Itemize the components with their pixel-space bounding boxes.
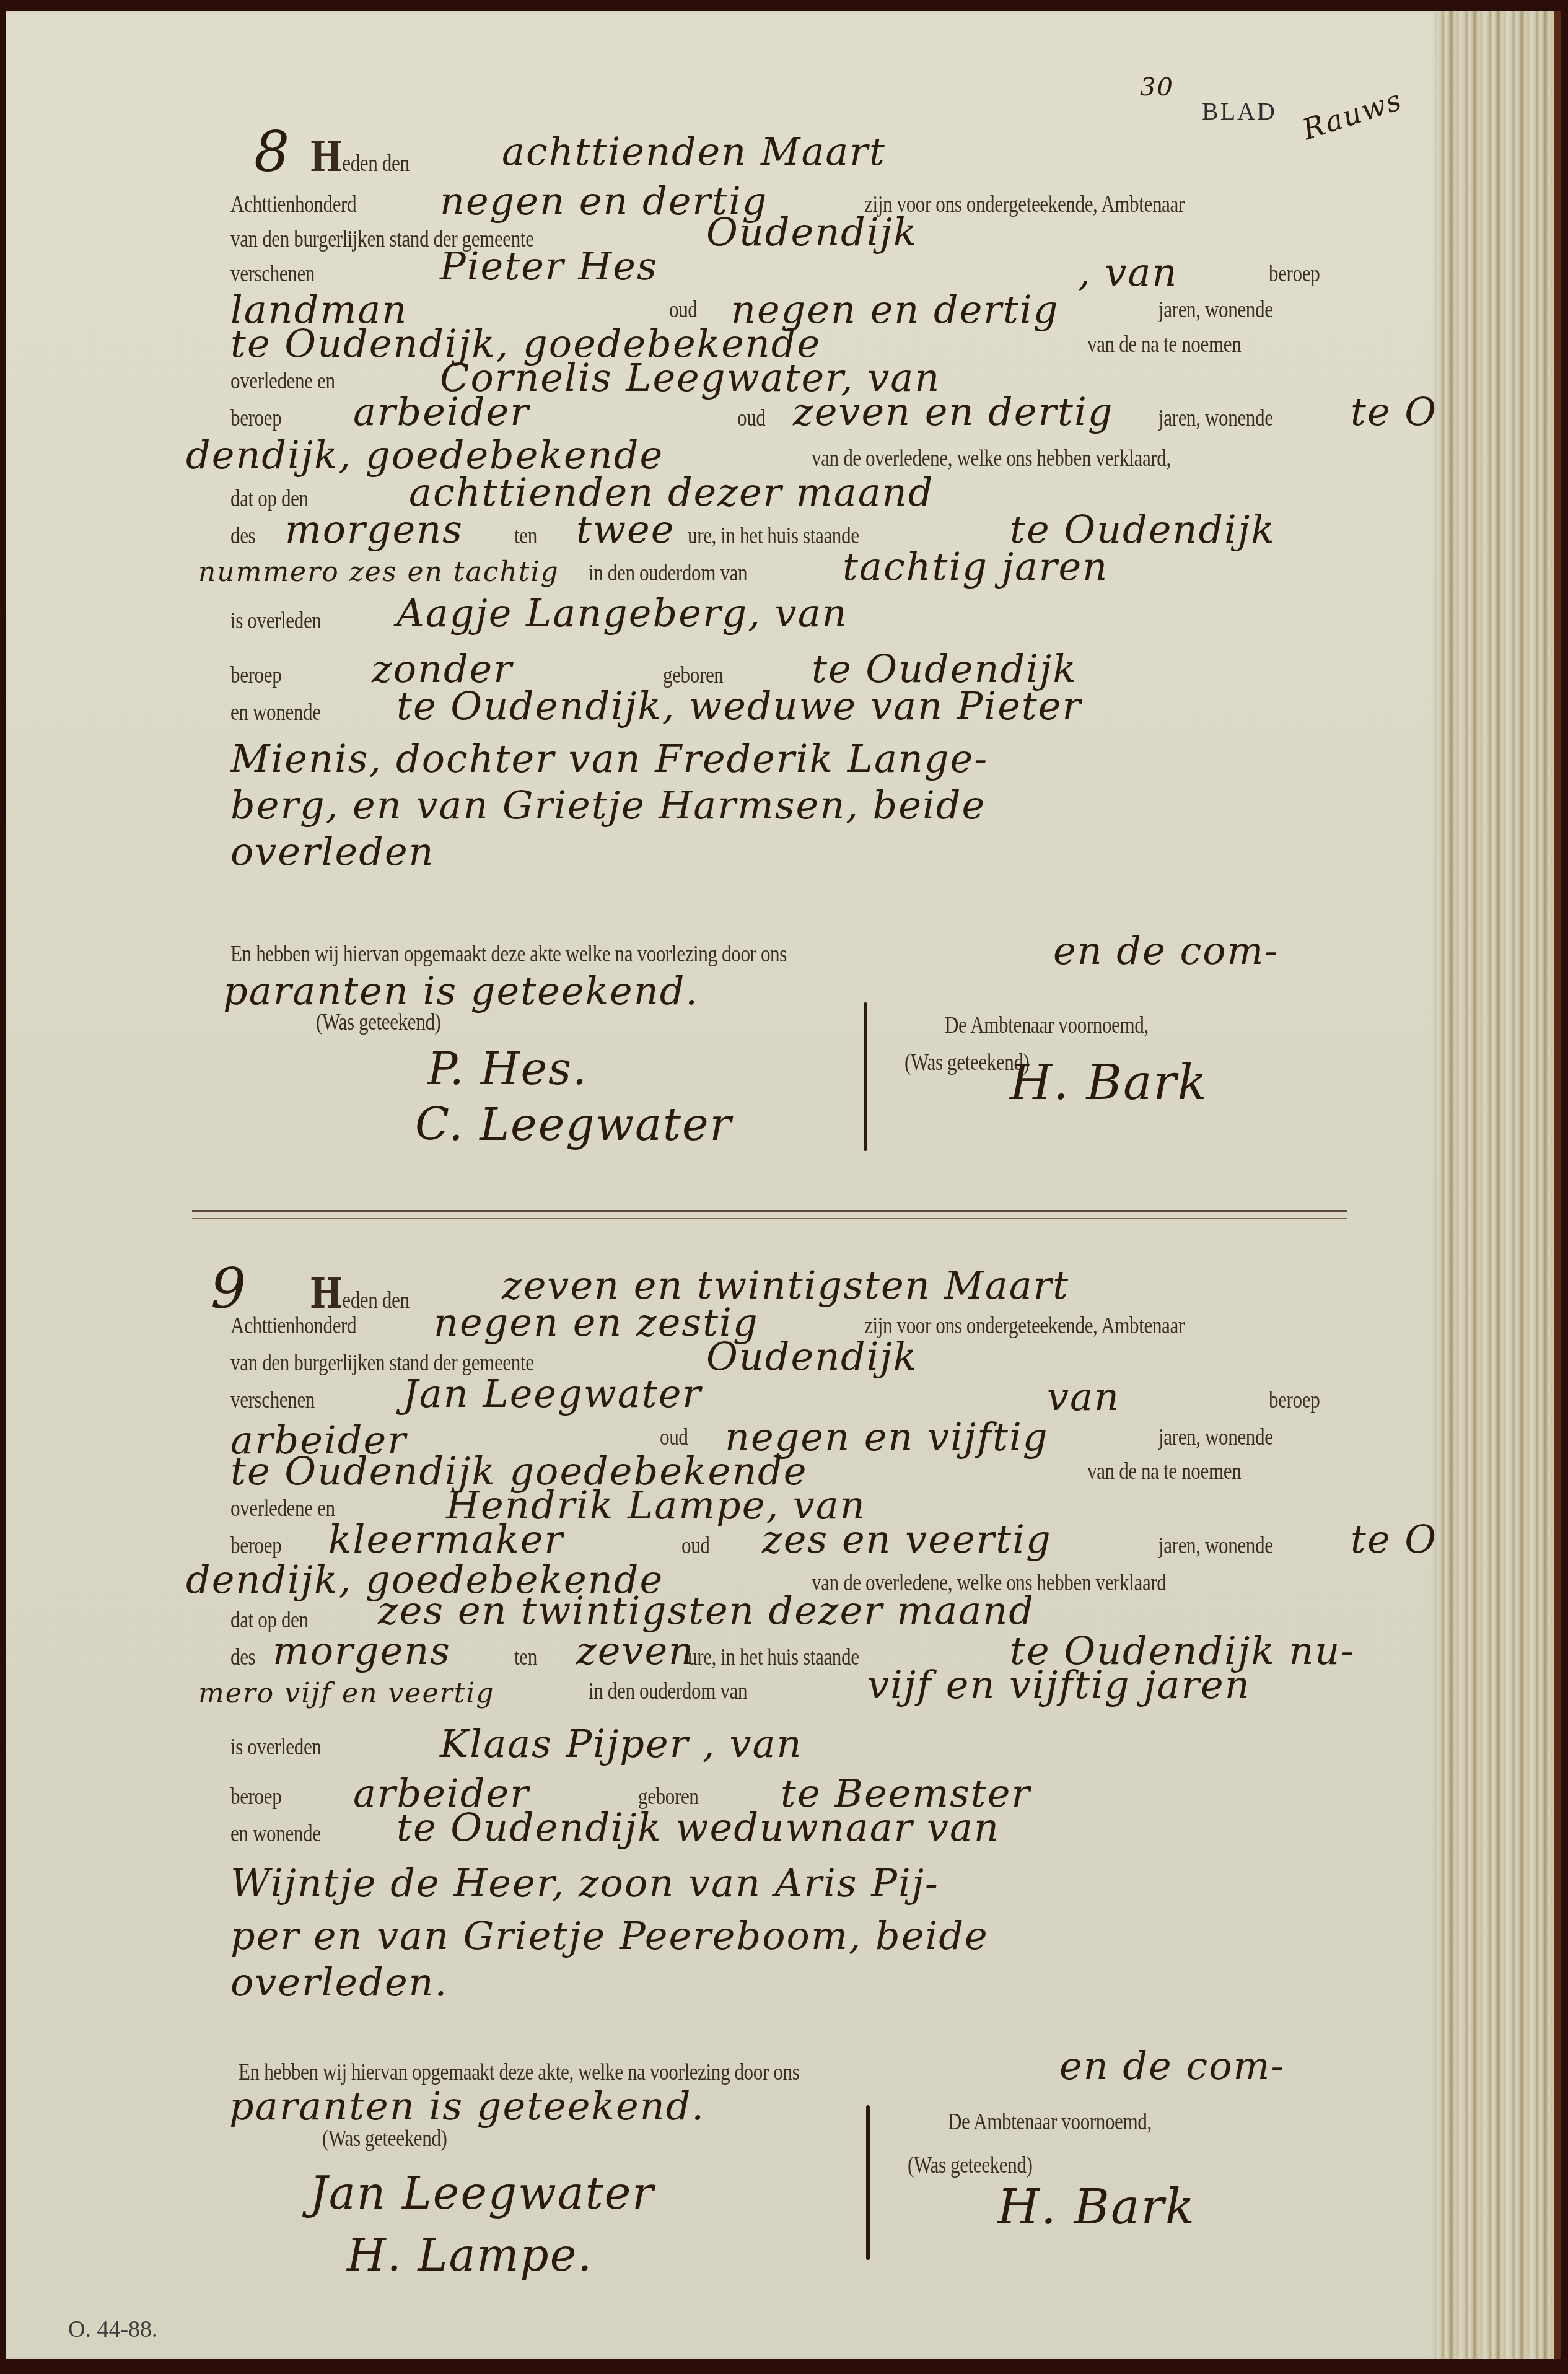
closing-hand-2: paranten is geteekend. <box>223 968 699 1014</box>
age-of-deceased: vijf en vijftig jaren <box>867 1662 1251 1707</box>
deceased-name: Klaas Pijper , van <box>440 1721 802 1766</box>
label-ure-in-het-huis: ure, in het huis staande <box>688 1644 859 1671</box>
informant-2-age: zeven en dertig <box>793 389 1114 434</box>
label-ouderdom: in den ouderdom van <box>589 559 747 587</box>
label-des: des <box>230 522 255 550</box>
closing-statement: En hebben wij hiervan opgemaakt deze akt… <box>239 2059 799 2086</box>
signature-official: H. Bark <box>997 2179 1196 2235</box>
drop-cap: H <box>310 132 342 182</box>
label-oud: oud <box>660 1424 688 1451</box>
drop-cap: H <box>310 1269 342 1318</box>
informant-1-van: , van <box>1078 250 1178 295</box>
record-date: achttienden Maart <box>502 129 886 174</box>
label-overledene-en: overledene en <box>230 367 335 395</box>
was-geteekend-right: (Was geteekend) <box>908 2152 1033 2179</box>
label-ten: ten <box>514 522 537 550</box>
signature-informant-2: H. Lampe. <box>347 2229 593 2281</box>
informant-2-age: zes en veertig <box>762 1517 1052 1562</box>
margin-signature: Rauws <box>1299 83 1406 147</box>
informant-1-name: Pieter Hes <box>440 243 658 289</box>
residence-line: berg, en van Grietje Harmsen, beide <box>230 782 986 828</box>
closing-hand-1: en de com- <box>1059 2043 1285 2088</box>
time-part: morgens <box>273 1628 451 1673</box>
label-des: des <box>230 1644 255 1671</box>
label-beroep: beroep <box>1269 1386 1320 1414</box>
informant-2-occupation: arbeider <box>353 389 530 434</box>
informant-1-name: Jan Leegwater <box>403 1371 702 1416</box>
informant-2-occupation: kleermaker <box>328 1517 564 1562</box>
label-oud: oud <box>681 1532 710 1559</box>
age-of-deceased: tachtig jaren <box>843 544 1108 589</box>
residence-line: te Oudendijk weduwnaar van <box>396 1805 1000 1850</box>
label-en-wonende: en wonende <box>230 699 321 726</box>
heden-den-label: Heden den <box>310 1269 410 1318</box>
was-geteekend-left: (Was geteekend) <box>322 2125 447 2152</box>
signature-informant-1: P. Hes. <box>427 1043 588 1095</box>
label-na-te-noemen: van de na te noemen <box>1087 331 1241 358</box>
house-number: nummero zes en tachtig <box>198 556 559 588</box>
closing-hand-1: en de com- <box>1053 928 1279 973</box>
label-beroep: beroep <box>230 1532 281 1559</box>
closing-statement: En hebben wij hiervan opgemaakt deze akt… <box>230 940 787 968</box>
label-na-te-noemen: van de na te noemen <box>1087 1458 1241 1485</box>
signature-informant-2: C. Leegwater <box>415 1098 732 1150</box>
heden-den-label: Heden den <box>310 132 410 182</box>
page-number: 30 <box>1140 73 1174 102</box>
deceased-name: Aagje Langeberg, van <box>396 590 848 636</box>
page-edges <box>1437 11 1561 2359</box>
label-jaren-wonende: jaren, wonende <box>1158 296 1273 323</box>
label-achttienhonderd: Achttienhonderd <box>230 1312 356 1339</box>
informant-1-van: van <box>1047 1374 1120 1419</box>
time-hour: zeven <box>576 1628 694 1673</box>
blad-label: BLAD <box>1202 97 1277 126</box>
signature-official: H. Bark <box>1010 1055 1208 1111</box>
municipality: Oudendijk <box>706 209 918 255</box>
residence-line: Mienis, dochter van Frederik Lange- <box>230 736 988 781</box>
was-geteekend-left: (Was geteekend) <box>316 1009 441 1036</box>
label-van-de-overledene: van de overledene, welke ons hebben verk… <box>812 445 1171 472</box>
time-part: morgens <box>285 507 463 552</box>
label-ten: ten <box>514 1644 537 1671</box>
label-achttienhonderd: Achttienhonderd <box>230 191 356 218</box>
label-is-overleden: is overleden <box>230 607 321 634</box>
municipality: Oudendijk <box>706 1334 918 1379</box>
label-ouderdom: in den ouderdom van <box>589 1678 747 1705</box>
signature-informant-1: Jan Leegwater <box>310 2167 655 2219</box>
label-beroep: beroep <box>230 662 281 689</box>
label-jaren-wonende: jaren, wonende <box>1158 1532 1273 1559</box>
residence-line: overleden <box>230 829 435 874</box>
label-is-overleden: is overleden <box>230 1733 321 1761</box>
label-verschenen: verschenen <box>230 260 315 287</box>
ambtenaar-label: De Ambtenaar voornoemd, <box>948 2108 1152 2135</box>
residence-line: Wijntje de Heer, zoon van Aris Pij- <box>230 1860 939 1906</box>
label-en-wonende: en wonende <box>230 1820 321 1847</box>
label-ure-in-het-huis: ure, in het huis staande <box>688 522 859 550</box>
record-divider <box>192 1210 1347 1219</box>
label-jaren-wonende: jaren, wonende <box>1158 1424 1273 1451</box>
death-day: zes en twintigsten dezer maand <box>378 1588 1035 1633</box>
residence-line: per en van Grietje Peereboom, beide <box>230 1913 989 1958</box>
label-beroep: beroep <box>230 1783 281 1810</box>
label-oud: oud <box>737 405 766 432</box>
label-beroep: beroep <box>1269 260 1320 287</box>
form-number: O. 44-88. <box>68 2316 158 2343</box>
closing-hand-2: paranten is geteekend. <box>229 2083 705 2129</box>
time-hour: twee <box>576 507 675 552</box>
signature-brace <box>864 1002 867 1151</box>
record-number: 8 <box>254 120 291 185</box>
register-page: 30 BLAD Rauws 8 Heden den achttienden Ma… <box>6 11 1437 2359</box>
residence-line: overleden. <box>230 1960 448 2005</box>
label-verschenen: verschenen <box>230 1386 315 1414</box>
label-beroep: beroep <box>230 405 281 432</box>
signature-brace <box>866 2105 870 2260</box>
house-number: mero vijf en veertig <box>198 1678 494 1709</box>
label-jaren-wonende: jaren, wonende <box>1158 405 1273 432</box>
label-overledene-en: overledene en <box>230 1495 335 1522</box>
residence-line: te Oudendijk, weduwe van Pieter <box>396 683 1082 729</box>
ambtenaar-label: De Ambtenaar voornoemd, <box>945 1012 1149 1039</box>
label-oud: oud <box>669 296 698 323</box>
